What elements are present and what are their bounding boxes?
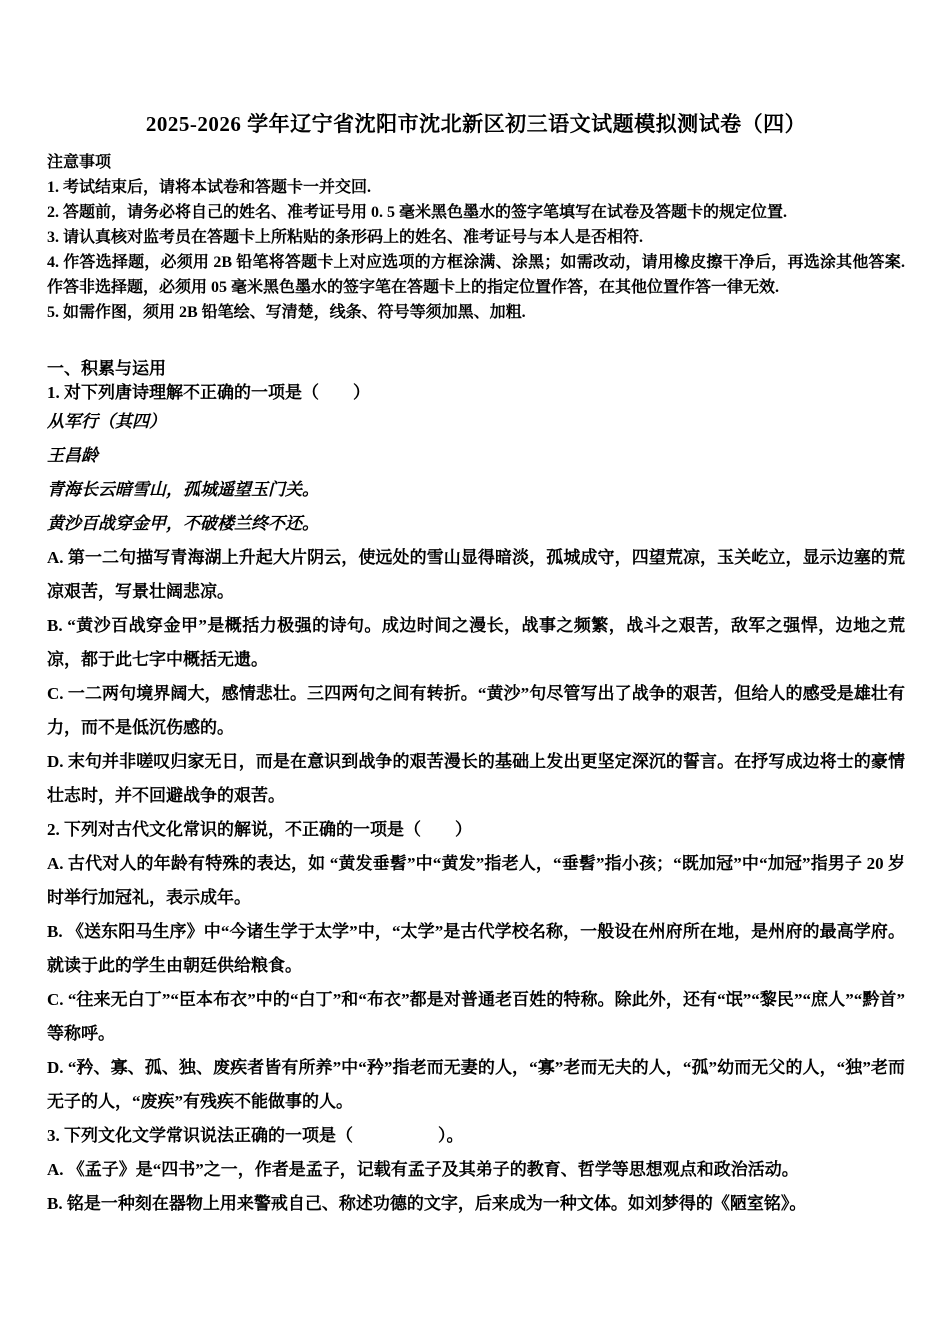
poem-line-1: 青海长云暗雪山，孤城遥望玉门关。: [47, 473, 905, 507]
question-3-option-b: B. 铭是一种刻在器物上用来警戒自己、称述功德的文字，后来成为一种文体。如刘梦得…: [47, 1187, 905, 1221]
question-2-stem: 2. 下列对古代文化常识的解说，不正确的一项是（ ）: [47, 813, 905, 847]
notice-heading: 注意事项: [47, 150, 905, 175]
question-3-option-a: A. 《孟子》是“四书”之一，作者是孟子，记载有孟子及其弟子的教育、哲学等思想观…: [47, 1153, 905, 1187]
section-heading: 一、积累与运用: [47, 357, 905, 381]
notice-item-3: 3. 请认真核对监考员在答题卡上所粘贴的条形码上的姓名、准考证号与本人是否相符.: [47, 225, 905, 250]
notice-item-2: 2. 答题前，请务必将自己的姓名、准考证号用 0. 5 毫米黑色墨水的签字笔填写…: [47, 200, 905, 225]
question-3-stem: 3. 下列文化文学常识说法正确的一项是（ ）。: [47, 1119, 905, 1153]
notice-item-1: 1. 考试结束后，请将本试卷和答题卡一并交回.: [47, 175, 905, 200]
question-1-stem: 1. 对下列唐诗理解不正确的一项是（ ）: [47, 381, 905, 405]
question-2-option-a: A. 古代对人的年龄有特殊的表达，如 “黄发垂髫”中“黄发”指老人，“垂髫”指小…: [47, 847, 905, 915]
question-1-option-d: D. 末句并非嗟叹归家无日，而是在意识到战争的艰苦漫长的基础上发出更坚定深沉的誓…: [47, 745, 905, 813]
question-2-option-b: B. 《送东阳马生序》中“今诸生学于太学”中，“太学”是古代学校名称，一般设在州…: [47, 915, 905, 983]
question-2-option-d: D. “矜、寡、孤、独、废疾者皆有所养”中“矜”指老而无妻的人，“寡”老而无夫的…: [47, 1051, 905, 1119]
notice-section: 注意事项 1. 考试结束后，请将本试卷和答题卡一并交回. 2. 答题前，请务必将…: [47, 150, 905, 325]
question-1-option-a: A. 第一二句描写青海湖上升起大片阴云，使远处的雪山显得暗淡，孤城成守，四望荒凉…: [47, 541, 905, 609]
section-accumulation-and-use: 一、积累与运用 1. 对下列唐诗理解不正确的一项是（ ） 从军行（其四） 王昌龄…: [47, 357, 905, 1221]
exam-paper-page: 2025-2026 学年辽宁省沈阳市沈北新区初三语文试题模拟测试卷（四） 注意事…: [0, 0, 950, 1344]
question-1-option-b: B. “黄沙百战穿金甲”是概括力极强的诗句。成边时间之漫长，战事之频繁，战斗之艰…: [47, 609, 905, 677]
question-2-option-c: C. “往来无白丁”“臣本布衣”中的“白丁”和“布衣”都是对普通老百姓的特称。除…: [47, 983, 905, 1051]
poem-title: 从军行（其四）: [47, 405, 905, 439]
notice-item-4: 4. 作答选择题，必须用 2B 铅笔将答题卡上对应选项的方框涂满、涂黑；如需改动…: [47, 250, 905, 300]
poem-line-2: 黄沙百战穿金甲，不破楼兰终不还。: [47, 507, 905, 541]
poem-author: 王昌龄: [47, 439, 905, 473]
question-1-option-c: C. 一二两句境界阔大，感情悲壮。三四两句之间有转折。“黄沙”句尽管写出了战争的…: [47, 677, 905, 745]
notice-item-5: 5. 如需作图，须用 2B 铅笔绘、写清楚，线条、符号等须加黑、加粗.: [47, 300, 905, 325]
page-title: 2025-2026 学年辽宁省沈阳市沈北新区初三语文试题模拟测试卷（四）: [47, 110, 905, 138]
